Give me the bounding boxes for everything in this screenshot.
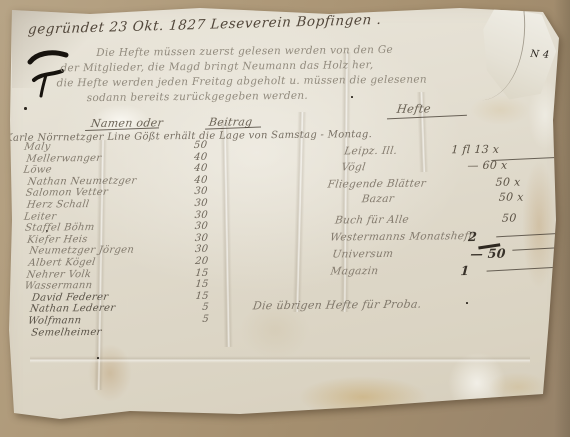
- intro-line-2: der Mitglieder, die Magd bringt Neumann …: [60, 59, 373, 74]
- journal-name: Buch für Alle: [334, 214, 409, 227]
- intro-line-1: Die Hefte müssen zuerst gelesen werden v…: [96, 44, 393, 59]
- journal-name: Leipz. Ill.: [344, 145, 399, 158]
- journal-price: 50 x: [495, 176, 521, 189]
- corner-mark: N 4: [530, 49, 550, 61]
- member-name: David Federer: [31, 292, 109, 304]
- member-name: Nehrer Volk: [26, 269, 92, 281]
- member-name: Herz Schall: [26, 199, 90, 211]
- journal-name: Vögl: [341, 161, 367, 173]
- member-amount: 30: [183, 209, 208, 220]
- member-amount: 40: [183, 175, 208, 186]
- member-name: Semelheimer: [30, 327, 102, 339]
- text-layer: gegründet 23 Okt. 1827 Leseverein Bopfin…: [0, 0, 570, 437]
- journal-price: 50 x: [498, 190, 524, 203]
- member-name: Nathan Neumetzger: [27, 175, 137, 187]
- member-name: Neumetzger Jörgen: [29, 245, 135, 257]
- member-name: Salomon Vetter: [25, 187, 109, 199]
- journal-name: Universum: [332, 248, 395, 261]
- journal-price: 50: [502, 212, 517, 225]
- header-amount: Beitrag: [208, 115, 253, 128]
- member-amount: 30: [183, 186, 208, 197]
- journal-price: 1: [460, 263, 470, 278]
- closing-line: Die übrigen Hefte für Proba.: [252, 298, 422, 313]
- rule-line: [487, 266, 567, 271]
- member-amount: 30: [183, 198, 208, 209]
- member-name: Kiefer Heis: [26, 234, 88, 246]
- member-name: Albert Kögel: [28, 257, 96, 269]
- member-amount: 15: [184, 267, 209, 278]
- member-amount: 30: [184, 233, 209, 244]
- intro-line-4: sodann bereits zurückgegeben werden.: [87, 90, 308, 104]
- rule-line: [496, 233, 566, 238]
- paper-wrapper: gegründet 23 Okt. 1827 Leseverein Bopfin…: [0, 0, 570, 437]
- header-issues: Hefte: [396, 101, 432, 115]
- member-name: Löwe: [23, 165, 53, 176]
- journal-price: 1 fl 13 x: [451, 143, 500, 157]
- journal-name: Westermanns Monatsheft: [329, 230, 473, 244]
- rule-line: [512, 247, 566, 251]
- journal-name: Fliegende Blätter: [327, 178, 427, 191]
- member-amount: 15: [184, 279, 209, 290]
- member-amount: 5: [184, 302, 209, 313]
- journal-price: — 50: [470, 246, 506, 261]
- member-amount: 30: [184, 244, 209, 255]
- member-amount: 30: [184, 221, 209, 232]
- header-members: Namen oder: [90, 116, 164, 130]
- title-line: gegründet 23 Okt. 1827 Leseverein Bopfin…: [27, 12, 382, 38]
- member-amount: 20: [184, 256, 209, 267]
- member-name: Mellerwanger: [26, 153, 102, 165]
- journal-name: Bazar: [361, 193, 395, 205]
- intro-line-3: die Hefte werden jeden Freitag abgeholt …: [57, 74, 427, 90]
- journal-price: 2: [468, 229, 478, 244]
- document-paper: gegründet 23 Okt. 1827 Leseverein Bopfin…: [0, 0, 570, 437]
- member-name: Wassermann: [24, 280, 93, 292]
- member-amount: 5: [185, 314, 210, 325]
- member-name: Maly: [24, 141, 52, 152]
- member-amount: 15: [184, 291, 209, 302]
- photo-of-document: gegründet 23 Okt. 1827 Leseverein Bopfin…: [0, 0, 570, 437]
- journals-table: Leipz. Ill.1 fl 13 xVögl— 60 xFliegende …: [0, 0, 568, 3]
- member-name: Staffel Böhm: [24, 222, 95, 234]
- member-amount: 40: [183, 163, 208, 174]
- journal-name: Magazin: [330, 265, 379, 278]
- member-name: Nathan Lederer: [29, 303, 116, 315]
- member-name: Leiter: [23, 211, 57, 222]
- member-amount: 40: [183, 151, 208, 162]
- member-amount: 50: [183, 140, 208, 151]
- member-name: Wolfmann: [27, 315, 82, 327]
- members-table: Maly50Mellerwanger40Löwe40Nathan Neumetz…: [0, 0, 568, 3]
- journal-price: — 60 x: [467, 159, 508, 172]
